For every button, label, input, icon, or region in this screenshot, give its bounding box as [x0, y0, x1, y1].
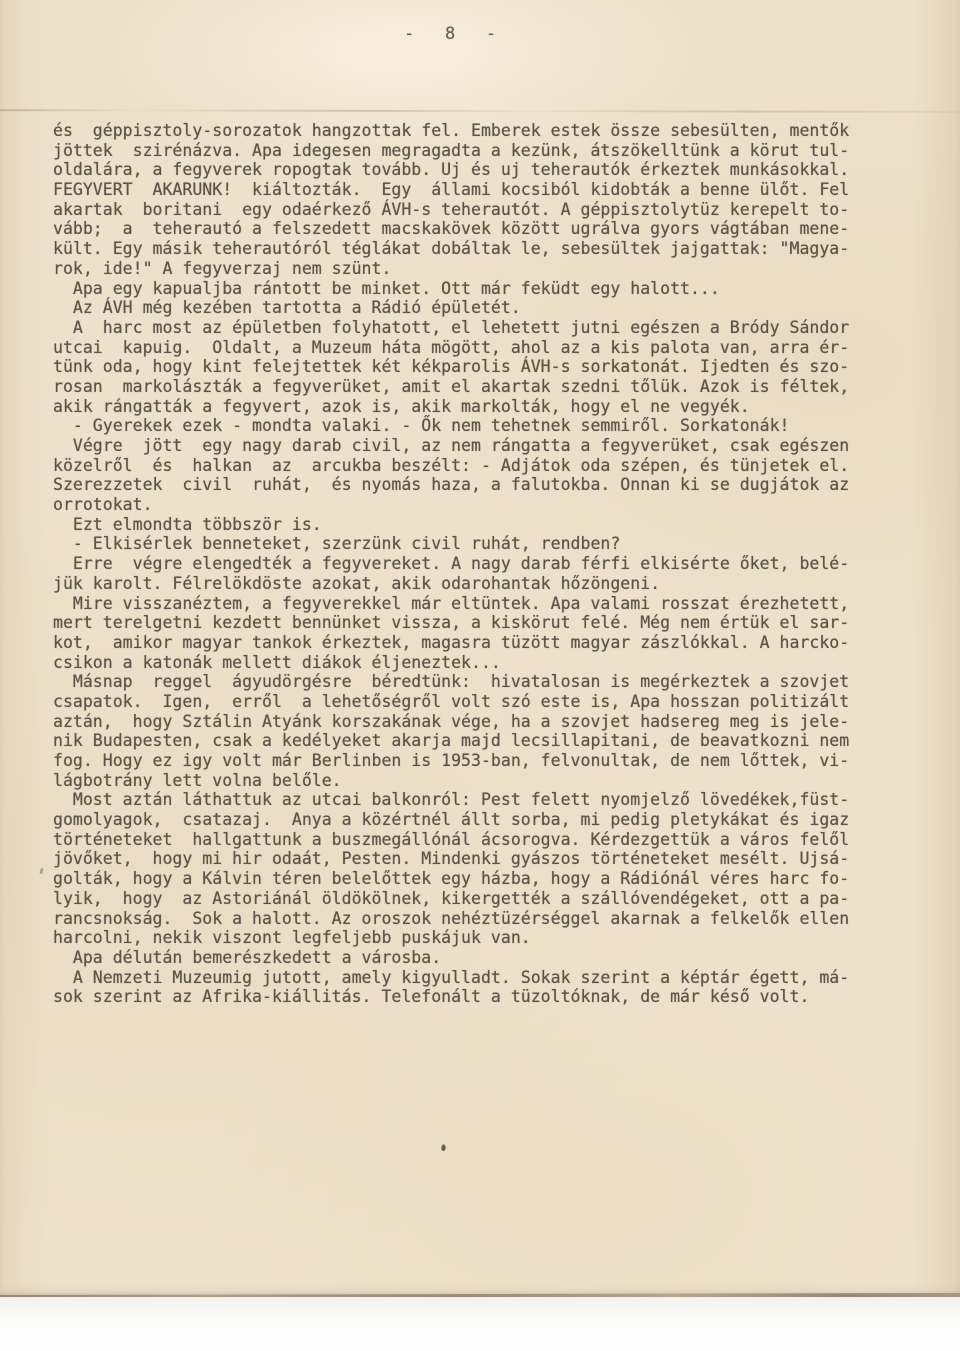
text-line: Erre végre elengedték a fegyvereket. A n… [53, 554, 913, 574]
text-line: kot, amikor magyar tankok érkeztek, maga… [53, 633, 913, 653]
text-line: történeteket hallgattunk a buszmegállóná… [53, 830, 913, 850]
text-line: Mire visszanéztem, a fegyverekkel már el… [53, 594, 913, 614]
text-line: lágbotrány lett volna belőle. [53, 771, 913, 791]
text-line: kült. Egy másik teherautóról téglákat do… [53, 239, 913, 259]
text-line: mert terelgetni kezdett bennünket vissza… [53, 613, 913, 633]
text-line: és géppisztoly-sorozatok hangzottak fel.… [53, 121, 913, 141]
text-line: - Elkisérlek benneteket, szerzünk civil … [53, 534, 913, 554]
text-line: Most aztán láthattuk az utcai balkonról:… [53, 790, 913, 810]
text-line: Apa egy kapualjba rántott be minket. Ott… [53, 279, 913, 299]
text-line: Az ÁVH még kezében tartotta a Rádió épül… [53, 298, 913, 318]
text-line: sok szerint az Afrika-kiállitás. Telefon… [53, 987, 913, 1007]
text-line: FEGYVERT AKARUNK! kiáltozták. Egy állami… [53, 180, 913, 200]
text-line: akartak boritani egy odaérkező ÁVH-s teh… [53, 200, 913, 220]
text-line: tünk oda, hogy kint felejtettek két kékp… [53, 357, 913, 377]
document-page: - 8 - és géppisztoly-sorozatok hangzotta… [0, 0, 960, 1297]
text-line: A Nemzeti Muzeumig jutott, amely kigyull… [53, 968, 913, 988]
text-line: Ezt elmondta többször is. [53, 515, 913, 535]
ink-speck-small [39, 868, 43, 875]
text-line: harcolni, nekik viszont legfeljebb puská… [53, 928, 913, 948]
text-line: gomolyagok, csatazaj. Anya a közértnél á… [53, 810, 913, 830]
text-line: Apa délután bemerészkedett a városba. [53, 948, 913, 968]
ink-speck [441, 1144, 446, 1151]
scanner-backdrop [0, 1297, 960, 1351]
text-line: rosan markolászták a fegyverüket, amit e… [53, 377, 913, 397]
text-line: akik rángatták a fegyvert, azok is, akik… [53, 397, 913, 417]
page-number: - 8 - [404, 24, 496, 44]
scan-crease-line [0, 109, 960, 113]
text-line: Másnap reggel ágyudörgésre béredtünk: hi… [53, 672, 913, 692]
text-line: orrotokat. [53, 495, 913, 515]
text-line: közelről és halkan az arcukba beszélt: -… [53, 456, 913, 476]
text-line: utcai kapuig. Oldalt, a Muzeum háta mögö… [53, 338, 913, 358]
text-line: jövőket, hogy mi hir odaát, Pesten. Mind… [53, 849, 913, 869]
body-text: és géppisztoly-sorozatok hangzottak fel.… [53, 121, 913, 1007]
text-line: lyik, hogy az Astoriánál öldökölnek, kik… [53, 889, 913, 909]
scanned-document: - 8 - és géppisztoly-sorozatok hangzotta… [0, 0, 960, 1351]
text-line: csapatok. Igen, erről a lehetőségről vol… [53, 692, 913, 712]
text-line: Végre jött egy nagy darab civil, az nem … [53, 436, 913, 456]
text-line: jöttek szirénázva. Apa idegesen megragad… [53, 141, 913, 161]
text-line: Szerezzetek civil ruhát, és nyomás haza,… [53, 475, 913, 495]
text-line: csikon a katonák mellett diákok éljenezt… [53, 653, 913, 673]
text-line: golták, hogy a Kálvin téren belelőttek e… [53, 869, 913, 889]
text-line: aztán, hogy Sztálin Atyánk korszakának v… [53, 712, 913, 732]
text-line: nik Budapesten, csak a kedélyeket akarja… [53, 731, 913, 751]
text-line: vább; a teherautó a felszedett macskaköv… [53, 219, 913, 239]
text-line: rancsnokság. Sok a halott. Az oroszok ne… [53, 909, 913, 929]
text-line: jük karolt. Félrelökdöste azokat, akik o… [53, 574, 913, 594]
text-line: rok, ide!" A fegyverzaj nem szünt. [53, 259, 913, 279]
text-line: fog. Hogy ez igy volt már Berlinben is 1… [53, 751, 913, 771]
text-line: - Gyerekek ezek - mondta valaki. - Ők ne… [53, 416, 913, 436]
text-line: A harc most az épületben folyhatott, el … [53, 318, 913, 338]
text-line: oldalára, a fegyverek ropogtak tovább. U… [53, 160, 913, 180]
